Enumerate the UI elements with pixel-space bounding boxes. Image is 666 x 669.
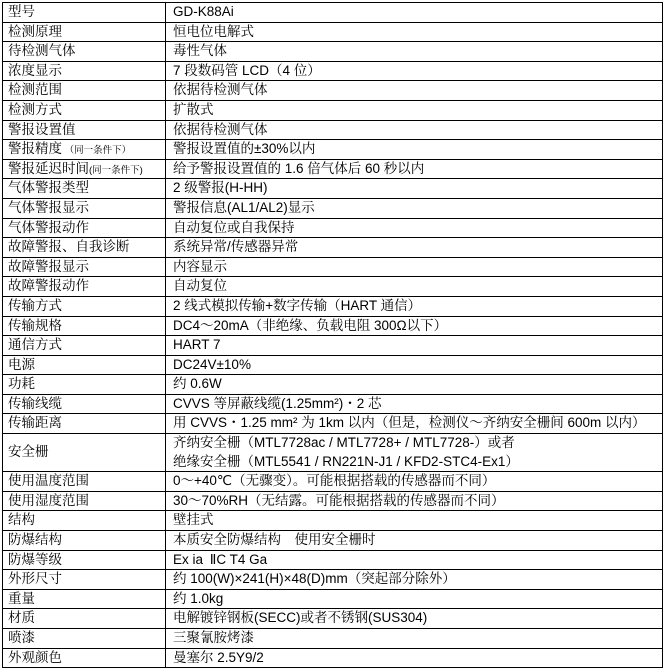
spec-label: 警报设置值 — [8, 122, 76, 137]
table-row: 故障警报显示 内容显示 — [3, 257, 663, 277]
table-row: 待检测气体 毒性气体 — [3, 42, 663, 62]
table-row: 重量 约 1.0kg — [3, 589, 663, 609]
table-row: 使用温度范围 0～+40℃（无骤变）。可能根据搭载的传感器而不同） — [3, 472, 663, 492]
spec-label-cell: 传输线缆 — [3, 394, 166, 414]
spec-value: 2 级警报(H-HH) — [173, 179, 659, 198]
table-row: 安全栅 齐纳安全栅（MTL7728ac / MTL7728+ / MTL7728… — [3, 434, 663, 472]
spec-label-cell: 外形尺寸 — [3, 570, 166, 590]
spec-value-cell: 扩散式 — [166, 100, 663, 120]
spec-label: 故障警报显示 — [8, 259, 89, 274]
spec-label-cell: 重量 — [3, 589, 166, 609]
spec-value: CVVS 等屏蔽线缆(1.25mm²)・2 芯 — [173, 395, 659, 414]
spec-value: HART 7 — [173, 336, 659, 355]
spec-value: 2 线式模拟传输+数字传输（HART 通信） — [173, 297, 659, 316]
spec-label: 气体警报动作 — [8, 220, 89, 235]
spec-value: 依据待检测气体 — [173, 81, 659, 100]
table-row: 外形尺寸 约 100(W)×241(H)×48(D)mm（突起部分除外） — [3, 570, 663, 590]
spec-value: 自动复位 — [173, 277, 659, 296]
spec-label: 警报精度 — [8, 141, 62, 156]
spec-label-cell: 故障警报显示 — [3, 257, 166, 277]
spec-label: 传输线缆 — [8, 396, 62, 411]
spec-value-cell: 给予警报设置值的 1.6 倍气体后 60 秒以内 — [166, 159, 663, 179]
spec-value-cell: 曼塞尔 2.5Y9/2 — [166, 648, 663, 668]
table-row: 传输规格 DC4～20mA（非绝缘、负载电阻 300Ω以下） — [3, 316, 663, 336]
spec-label-note: （同一条件下） — [62, 145, 131, 156]
spec-value-cell: 7 段数码管 LCD（4 位） — [166, 61, 663, 81]
spec-label: 防爆结构 — [8, 532, 62, 547]
spec-value-cell: Ex ia ⅡC T4 Ga — [166, 550, 663, 570]
spec-label-cell: 检测方式 — [3, 100, 166, 120]
spec-value: 依据待检测气体 — [173, 121, 659, 140]
spec-label: 使用湿度范围 — [8, 493, 89, 508]
spec-label-cell: 检测原理 — [3, 22, 166, 42]
spec-value: 曼塞尔 2.5Y9/2 — [173, 649, 659, 668]
spec-value-cell: GD-K88Ai — [166, 3, 663, 23]
table-row: 气体警报动作 自动复位或自我保持 — [3, 218, 663, 238]
spec-label: 警报延迟时间 — [8, 161, 89, 176]
spec-label-cell: 故障警报、自我诊断 — [3, 238, 166, 258]
spec-label: 传输距离 — [8, 415, 62, 430]
spec-value: 扩散式 — [173, 101, 659, 120]
spec-label-cell: 传输规格 — [3, 316, 166, 336]
spec-table-body: 型号 GD-K88Ai 检测原理 恒电位电解式 待检测气体 毒性气体 浓度显 — [3, 3, 663, 668]
spec-value-cell: 约 100(W)×241(H)×48(D)mm（突起部分除外） — [166, 570, 663, 590]
spec-value: 三聚氰胺烤漆 — [173, 629, 659, 648]
spec-label-cell: 警报精度 （同一条件下） — [3, 140, 166, 160]
spec-label: 检测原理 — [8, 24, 62, 39]
table-row: 型号 GD-K88Ai — [3, 3, 663, 23]
spec-value: 30～70%RH（无结露。可能根据搭载的传感器而不同） — [173, 492, 659, 511]
spec-label-cell: 安全栅 — [3, 434, 166, 472]
spec-value-cell: 恒电位电解式 — [166, 22, 663, 42]
spec-label: 重量 — [8, 591, 35, 606]
table-row: 通信方式 HART 7 — [3, 336, 663, 356]
table-row: 传输方式 2 线式模拟传输+数字传输（HART 通信） — [3, 296, 663, 316]
spec-label-note: (同一条件下) — [89, 165, 143, 176]
table-row: 警报设置值 依据待检测气体 — [3, 120, 663, 140]
spec-label-cell: 外观颜色 — [3, 648, 166, 668]
table-row: 故障警报动作 自动复位 — [3, 277, 663, 297]
spec-value-cell: CVVS 等屏蔽线缆(1.25mm²)・2 芯 — [166, 394, 663, 414]
spec-label-cell: 传输距离 — [3, 414, 166, 434]
spec-value: 0～+40℃（无骤变）。可能根据搭载的传感器而不同） — [173, 472, 659, 491]
spec-value: 警报设置值的±30%以内 — [173, 140, 659, 159]
spec-value-cell: 自动复位 — [166, 277, 663, 297]
spec-label-cell: 浓度显示 — [3, 61, 166, 81]
spec-value: GD-K88Ai — [173, 3, 659, 22]
table-row: 功耗 约 0.6W — [3, 375, 663, 395]
spec-label: 喷漆 — [8, 630, 35, 645]
spec-label: 气体警报显示 — [8, 200, 89, 215]
spec-label: 故障警报、自我诊断 — [8, 239, 130, 254]
spec-value: 约 100(W)×241(H)×48(D)mm（突起部分除外） — [173, 570, 659, 589]
spec-value-cell: 0～+40℃（无骤变）。可能根据搭载的传感器而不同） — [166, 472, 663, 492]
table-row: 检测原理 恒电位电解式 — [3, 22, 663, 42]
spec-value: 给予警报设置值的 1.6 倍气体后 60 秒以内 — [173, 160, 659, 179]
spec-label-cell: 电源 — [3, 355, 166, 375]
spec-label: 材质 — [8, 610, 35, 625]
spec-label: 型号 — [8, 4, 35, 19]
spec-label-cell: 防爆等级 — [3, 550, 166, 570]
table-row: 使用湿度范围 30～70%RH（无结露。可能根据搭载的传感器而不同） — [3, 491, 663, 511]
spec-value: 自动复位或自我保持 — [173, 219, 659, 238]
spec-label: 传输方式 — [8, 298, 62, 313]
table-row: 外观颜色 曼塞尔 2.5Y9/2 — [3, 648, 663, 668]
spec-value: 约 0.6W — [173, 375, 659, 394]
spec-label-cell: 故障警报动作 — [3, 277, 166, 297]
table-row: 浓度显示 7 段数码管 LCD（4 位） — [3, 61, 663, 81]
table-row: 传输线缆 CVVS 等屏蔽线缆(1.25mm²)・2 芯 — [3, 394, 663, 414]
spec-label: 传输规格 — [8, 318, 62, 333]
spec-value-cell: 用 CVVS・1.25 mm² 为 1km 以内（但是，检测仪～齐纳安全栅间 6… — [166, 414, 663, 434]
table-row: 喷漆 三聚氰胺烤漆 — [3, 629, 663, 649]
spec-value: Ex ia ⅡC T4 Ga — [173, 551, 659, 570]
spec-label: 检测范围 — [8, 82, 62, 97]
table-row: 结构 壁挂式 — [3, 511, 663, 531]
spec-label-cell: 待检测气体 — [3, 42, 166, 62]
table-row: 电源 DC24V±10% — [3, 355, 663, 375]
table-row: 警报精度 （同一条件下） 警报设置值的±30%以内 — [3, 140, 663, 160]
spec-value: 系统异常/传感器异常 — [173, 238, 659, 257]
spec-value-cell: 本质安全防爆结构 使用安全栅时 — [166, 531, 663, 551]
spec-label-cell: 警报设置值 — [3, 120, 166, 140]
spec-value: 电解镀锌钢板(SECC)或者不锈钢(SUS304) — [173, 609, 659, 628]
spec-label-cell: 材质 — [3, 609, 166, 629]
spec-value-cell: 电解镀锌钢板(SECC)或者不锈钢(SUS304) — [166, 609, 663, 629]
spec-value-cell: 自动复位或自我保持 — [166, 218, 663, 238]
spec-value: 约 1.0kg — [173, 590, 659, 609]
spec-label-cell: 气体警报动作 — [3, 218, 166, 238]
spec-value: 本质安全防爆结构 使用安全栅时 — [173, 531, 659, 550]
spec-label-cell: 检测范围 — [3, 81, 166, 101]
spec-label-cell: 使用温度范围 — [3, 472, 166, 492]
table-row: 气体警报显示 警报信息(AL1/AL2)显示 — [3, 198, 663, 218]
spec-label-cell: 型号 — [3, 3, 166, 23]
spec-label-cell: 喷漆 — [3, 629, 166, 649]
spec-value-cell: 齐纳安全栅（MTL7728ac / MTL7728+ / MTL7728-）或者… — [166, 434, 663, 472]
spec-value-cell: 依据待检测气体 — [166, 120, 663, 140]
spec-value: 恒电位电解式 — [173, 23, 659, 42]
spec-label-cell: 气体警报类型 — [3, 179, 166, 199]
spec-value-cell: 约 0.6W — [166, 375, 663, 395]
spec-label: 外形尺寸 — [8, 571, 62, 586]
spec-label: 结构 — [8, 512, 35, 527]
table-row: 检测范围 依据待检测气体 — [3, 81, 663, 101]
spec-label: 浓度显示 — [8, 63, 62, 78]
spec-value-cell: 2 线式模拟传输+数字传输（HART 通信） — [166, 296, 663, 316]
spec-label: 防爆等级 — [8, 552, 62, 567]
spec-value-cell: 30～70%RH（无结露。可能根据搭载的传感器而不同） — [166, 491, 663, 511]
table-row: 气体警报类型 2 级警报(H-HH) — [3, 179, 663, 199]
table-row: 检测方式 扩散式 — [3, 100, 663, 120]
spec-label-cell: 防爆结构 — [3, 531, 166, 551]
spec-value-cell: 警报信息(AL1/AL2)显示 — [166, 198, 663, 218]
spec-label: 待检测气体 — [8, 43, 76, 58]
spec-label: 检测方式 — [8, 102, 62, 117]
spec-value: 用 CVVS・1.25 mm² 为 1km 以内（但是，检测仪～齐纳安全栅间 6… — [173, 414, 659, 433]
spec-value: 齐纳安全栅（MTL7728ac / MTL7728+ / MTL7728-）或者 — [173, 434, 659, 453]
spec-label-cell: 通信方式 — [3, 336, 166, 356]
spec-value: 壁挂式 — [173, 511, 659, 530]
spec-value-cell: 系统异常/传感器异常 — [166, 238, 663, 258]
spec-label: 使用温度范围 — [8, 473, 89, 488]
spec-value-cell: 毒性气体 — [166, 42, 663, 62]
spec-value-cell: 2 级警报(H-HH) — [166, 179, 663, 199]
spec-label-cell: 警报延迟时间(同一条件下) — [3, 159, 166, 179]
spec-label-cell: 结构 — [3, 511, 166, 531]
spec-label-cell: 传输方式 — [3, 296, 166, 316]
spec-value-cell: 约 1.0kg — [166, 589, 663, 609]
spec-value-cell: HART 7 — [166, 336, 663, 356]
spec-value-cell: 壁挂式 — [166, 511, 663, 531]
spec-value: 毒性气体 — [173, 42, 659, 61]
table-row: 材质 电解镀锌钢板(SECC)或者不锈钢(SUS304) — [3, 609, 663, 629]
spec-label-cell: 使用湿度范围 — [3, 491, 166, 511]
spec-label: 气体警报类型 — [8, 180, 89, 195]
spec-value: 7 段数码管 LCD（4 位） — [173, 62, 659, 81]
spec-value: DC4～20mA（非绝缘、负载电阻 300Ω以下） — [173, 317, 659, 336]
spec-label: 外观颜色 — [8, 650, 62, 665]
spec-label: 通信方式 — [8, 337, 62, 352]
spec-value-cell: 依据待检测气体 — [166, 81, 663, 101]
spec-label-cell: 功耗 — [3, 375, 166, 395]
table-row: 防爆等级 Ex ia ⅡC T4 Ga — [3, 550, 663, 570]
table-row: 传输距离 用 CVVS・1.25 mm² 为 1km 以内（但是，检测仪～齐纳安… — [3, 414, 663, 434]
table-row: 防爆结构 本质安全防爆结构 使用安全栅时 — [3, 531, 663, 551]
spec-value-cell: DC4～20mA（非绝缘、负载电阻 300Ω以下） — [166, 316, 663, 336]
spec-label-cell: 气体警报显示 — [3, 198, 166, 218]
table-row: 警报延迟时间(同一条件下) 给予警报设置值的 1.6 倍气体后 60 秒以内 — [3, 159, 663, 179]
spec-label: 故障警报动作 — [8, 278, 89, 293]
spec-label: 安全栅 — [8, 444, 49, 459]
spec-value-cell: 三聚氰胺烤漆 — [166, 629, 663, 649]
spec-table: 型号 GD-K88Ai 检测原理 恒电位电解式 待检测气体 毒性气体 浓度显 — [2, 2, 663, 668]
spec-value-line2: 绝缘安全栅（MTL5541 / RN221N-J1 / KFD2-STC4-Ex… — [173, 453, 659, 472]
spec-value: 内容显示 — [173, 258, 659, 277]
spec-value-cell: 内容显示 — [166, 257, 663, 277]
spec-value: 警报信息(AL1/AL2)显示 — [173, 199, 659, 218]
spec-value-cell: DC24V±10% — [166, 355, 663, 375]
spec-label: 电源 — [8, 357, 35, 372]
table-row: 故障警报、自我诊断 系统异常/传感器异常 — [3, 238, 663, 258]
spec-value: DC24V±10% — [173, 356, 659, 375]
spec-value-cell: 警报设置值的±30%以内 — [166, 140, 663, 160]
spec-sheet-page: 型号 GD-K88Ai 检测原理 恒电位电解式 待检测气体 毒性气体 浓度显 — [0, 0, 666, 669]
spec-label: 功耗 — [8, 376, 35, 391]
